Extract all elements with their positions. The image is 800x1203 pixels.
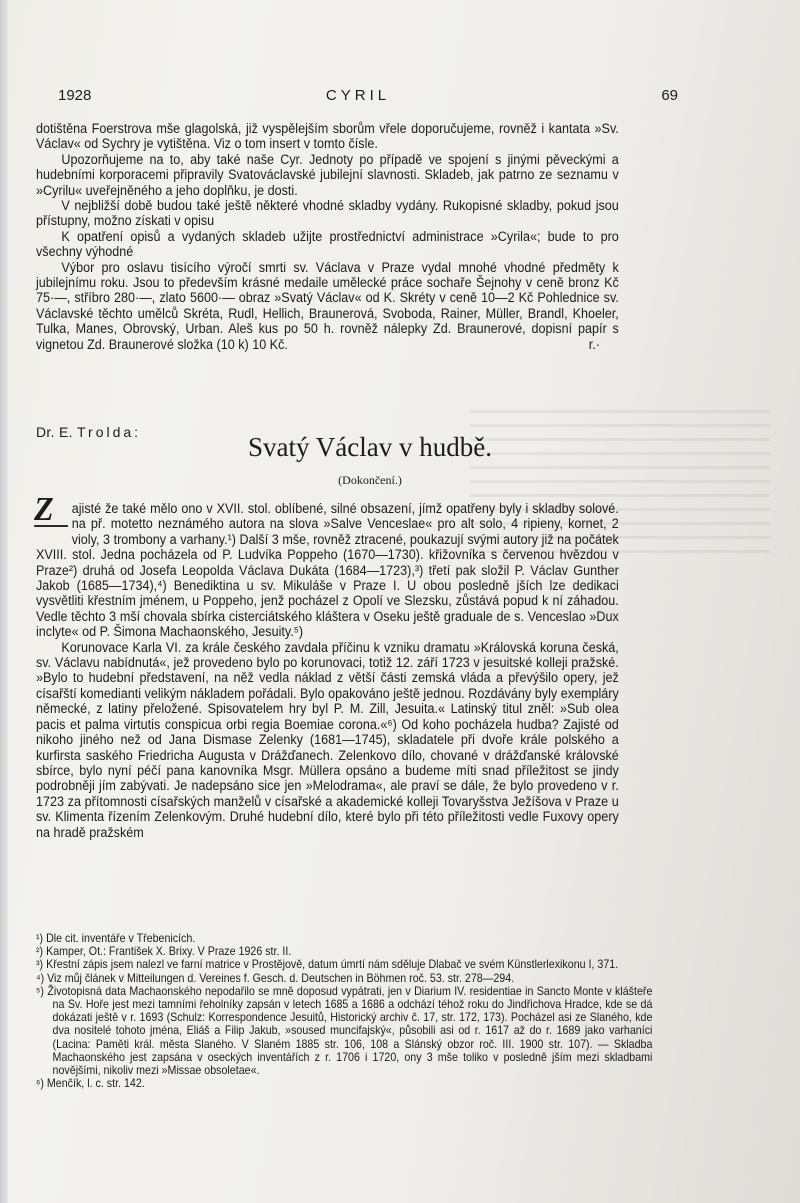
article-body: Zajisté že také mělo ono v XVII. stol. o… [36,501,619,840]
footnote: ⁵) Životopisná data Machaonského nepodař… [53,985,653,1077]
footnote-text: Viz můj článek v Mitteilungen d. Vereine… [47,972,514,985]
intro-paragraph: Výbor pro oslavu tisícího výročí smrti s… [36,260,619,352]
article-title: Svatý Václav v hudbě. [0,432,770,463]
page-number: 69 [661,87,678,104]
footnote-mark: ⁶) [36,1077,44,1090]
footnote-text: Životopisná data Machaonského nepodařilo… [47,985,652,1077]
article-text: ajisté že také mělo ono v XVII. stol. ob… [36,501,619,639]
footnote: ²) Kamper, Ot.: František X. Brixy. V Pr… [53,945,653,958]
article-paragraph: Korunovace Karla VI. za krále českého za… [36,640,619,840]
intro-section: dotištěna Foerstrova mše glagolská, již … [36,121,619,352]
article-paragraph: Zajisté že také mělo ono v XVII. stol. o… [36,501,619,640]
footnote-mark: ⁴) [36,972,44,985]
article-subtitle: (Dokončení.) [0,473,770,488]
intro-paragraph: V nejbližší době budou také ještě někter… [36,198,619,229]
footnote-mark: ³) [36,958,43,971]
intro-paragraph: dotištěna Foerstrova mše glagolská, již … [36,121,619,152]
footnote-mark: ²) [36,945,43,958]
footnote-mark: ⁵) [36,985,44,998]
intro-text: Výbor pro oslavu tisícího výročí smrti s… [36,260,619,352]
footnote: ¹) Dle cit. inventáře v Třebenicích. [53,932,653,945]
running-head: 1928 CYRIL 69 [38,87,678,107]
footnote: ⁴) Viz můj článek v Mitteilungen d. Vere… [53,972,653,985]
journal-title: CYRIL [38,87,678,104]
footnote-text: Kamper, Ot.: František X. Brixy. V Praze… [46,945,291,958]
intro-paragraph: K opatření opisů a vydaných skladeb užij… [36,229,619,260]
intro-paragraph: Upozorňujeme na to, aby také naše Cyr. J… [36,152,619,198]
scanned-page: 1928 CYRIL 69 dotištěna Foerstrova mše g… [0,0,800,1203]
footnotes: ¹) Dle cit. inventáře v Třebenicích. ²) … [36,932,652,1090]
footnote-text: Dle cit. inventáře v Třebenicích. [46,932,195,945]
footnote-text: Menčík, l. c. str. 142. [47,1077,145,1090]
footnote: ⁶) Menčík, l. c. str. 142. [53,1077,653,1090]
page-edge [0,0,8,1203]
footnote-mark: ¹) [36,932,43,945]
footnote: ³) Křestní zápis jsem nalezl ve farní ma… [53,958,653,971]
signature: r.· [563,337,600,352]
drop-cap: Z [34,495,68,527]
footnote-text: Křestní zápis jsem nalezl ve farní matri… [46,958,618,971]
